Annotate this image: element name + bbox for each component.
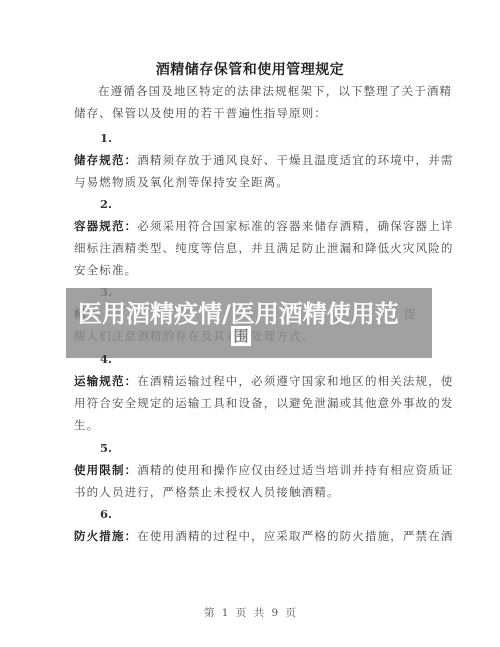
intro-line-2: 储存、保管以及使用的若干普遍性指导原则： xyxy=(74,106,419,120)
section-5-line-2: 书的人员进行，严格禁止未授权人员接触酒精。 xyxy=(74,485,419,499)
section-2-text: 必须采用符合国家标准的容器来储存酒精，确保容器上详 xyxy=(137,219,453,233)
section-5-text: 酒精的使用和操作应仅由经过适当培训并持有相应资质证 xyxy=(137,463,453,477)
section-1-text: 酒精须存放于通风良好、干燥且温度适宜的环境中，并需 xyxy=(137,153,453,167)
section-2-line-2: 细标注酒精类型、纯度等信息，并且满足防止泄漏和降低火灾风险的 xyxy=(74,241,419,255)
section-2-label: 容器规范： xyxy=(74,219,137,233)
section-6-number: 6. xyxy=(100,507,112,521)
section-5-number: 5. xyxy=(100,441,112,455)
section-4-label: 运输规范： xyxy=(74,374,137,388)
section-6-label: 防火措施： xyxy=(74,529,137,543)
page-footer: 第 1 页 共 9 页 xyxy=(0,605,500,620)
section-2-number: 2. xyxy=(100,197,112,211)
section-4-text: 在酒精运输过程中，必须遵守国家和地区的相关法规，使 xyxy=(137,374,453,388)
section-1-line-1: 储存规范：酒精须存放于通风良好、干燥且温度适宜的环境中，并需 xyxy=(74,153,419,167)
intro-line-1: 在遵循各国及地区特定的法律法规框架下，以下整理了关于酒精 xyxy=(98,84,443,98)
section-6-text: 在使用酒精的过程中，应采取严格的防火措施，严禁在酒 xyxy=(137,529,453,543)
document-page: 酒精储存保管和使用管理规定 在遵循各国及地区特定的法律法规框架下，以下整理了关于… xyxy=(0,0,500,647)
section-1-line-2: 与易燃物质及氧化剂等保持安全距离。 xyxy=(74,175,419,189)
section-2-line-3: 安全标准。 xyxy=(74,263,419,277)
overlay-banner: 医用酒精疫情/医用酒精使用范 围 xyxy=(66,288,432,358)
section-6-line-1: 防火措施：在使用酒精的过程中，应采取严格的防火措施，严禁在酒 xyxy=(74,529,419,543)
section-1-number: 1. xyxy=(100,131,112,145)
section-4-line-3: 生。 xyxy=(74,418,419,432)
section-1-label: 储存规范： xyxy=(74,153,137,167)
banner-title-line-2: 围 xyxy=(231,326,251,346)
section-4-line-1: 运输规范：在酒精运输过程中，必须遵守国家和地区的相关法规，使 xyxy=(74,374,419,388)
section-4-line-2: 用符合安全规定的运输工具和设备，以避免泄漏或其他意外事故的发 xyxy=(74,396,419,410)
section-5-line-1: 使用限制：酒精的使用和操作应仅由经过适当培训并持有相应资质证 xyxy=(74,463,419,477)
banner-title: 医用酒精疫情/医用酒精使用范 xyxy=(78,294,399,329)
section-2-line-1: 容器规范：必须采用符合国家标准的容器来储存酒精，确保容器上详 xyxy=(74,219,419,233)
document-title: 酒精储存保管和使用管理规定 xyxy=(0,59,500,79)
section-4-number: 4. xyxy=(100,352,112,366)
section-5-label: 使用限制： xyxy=(74,463,137,477)
